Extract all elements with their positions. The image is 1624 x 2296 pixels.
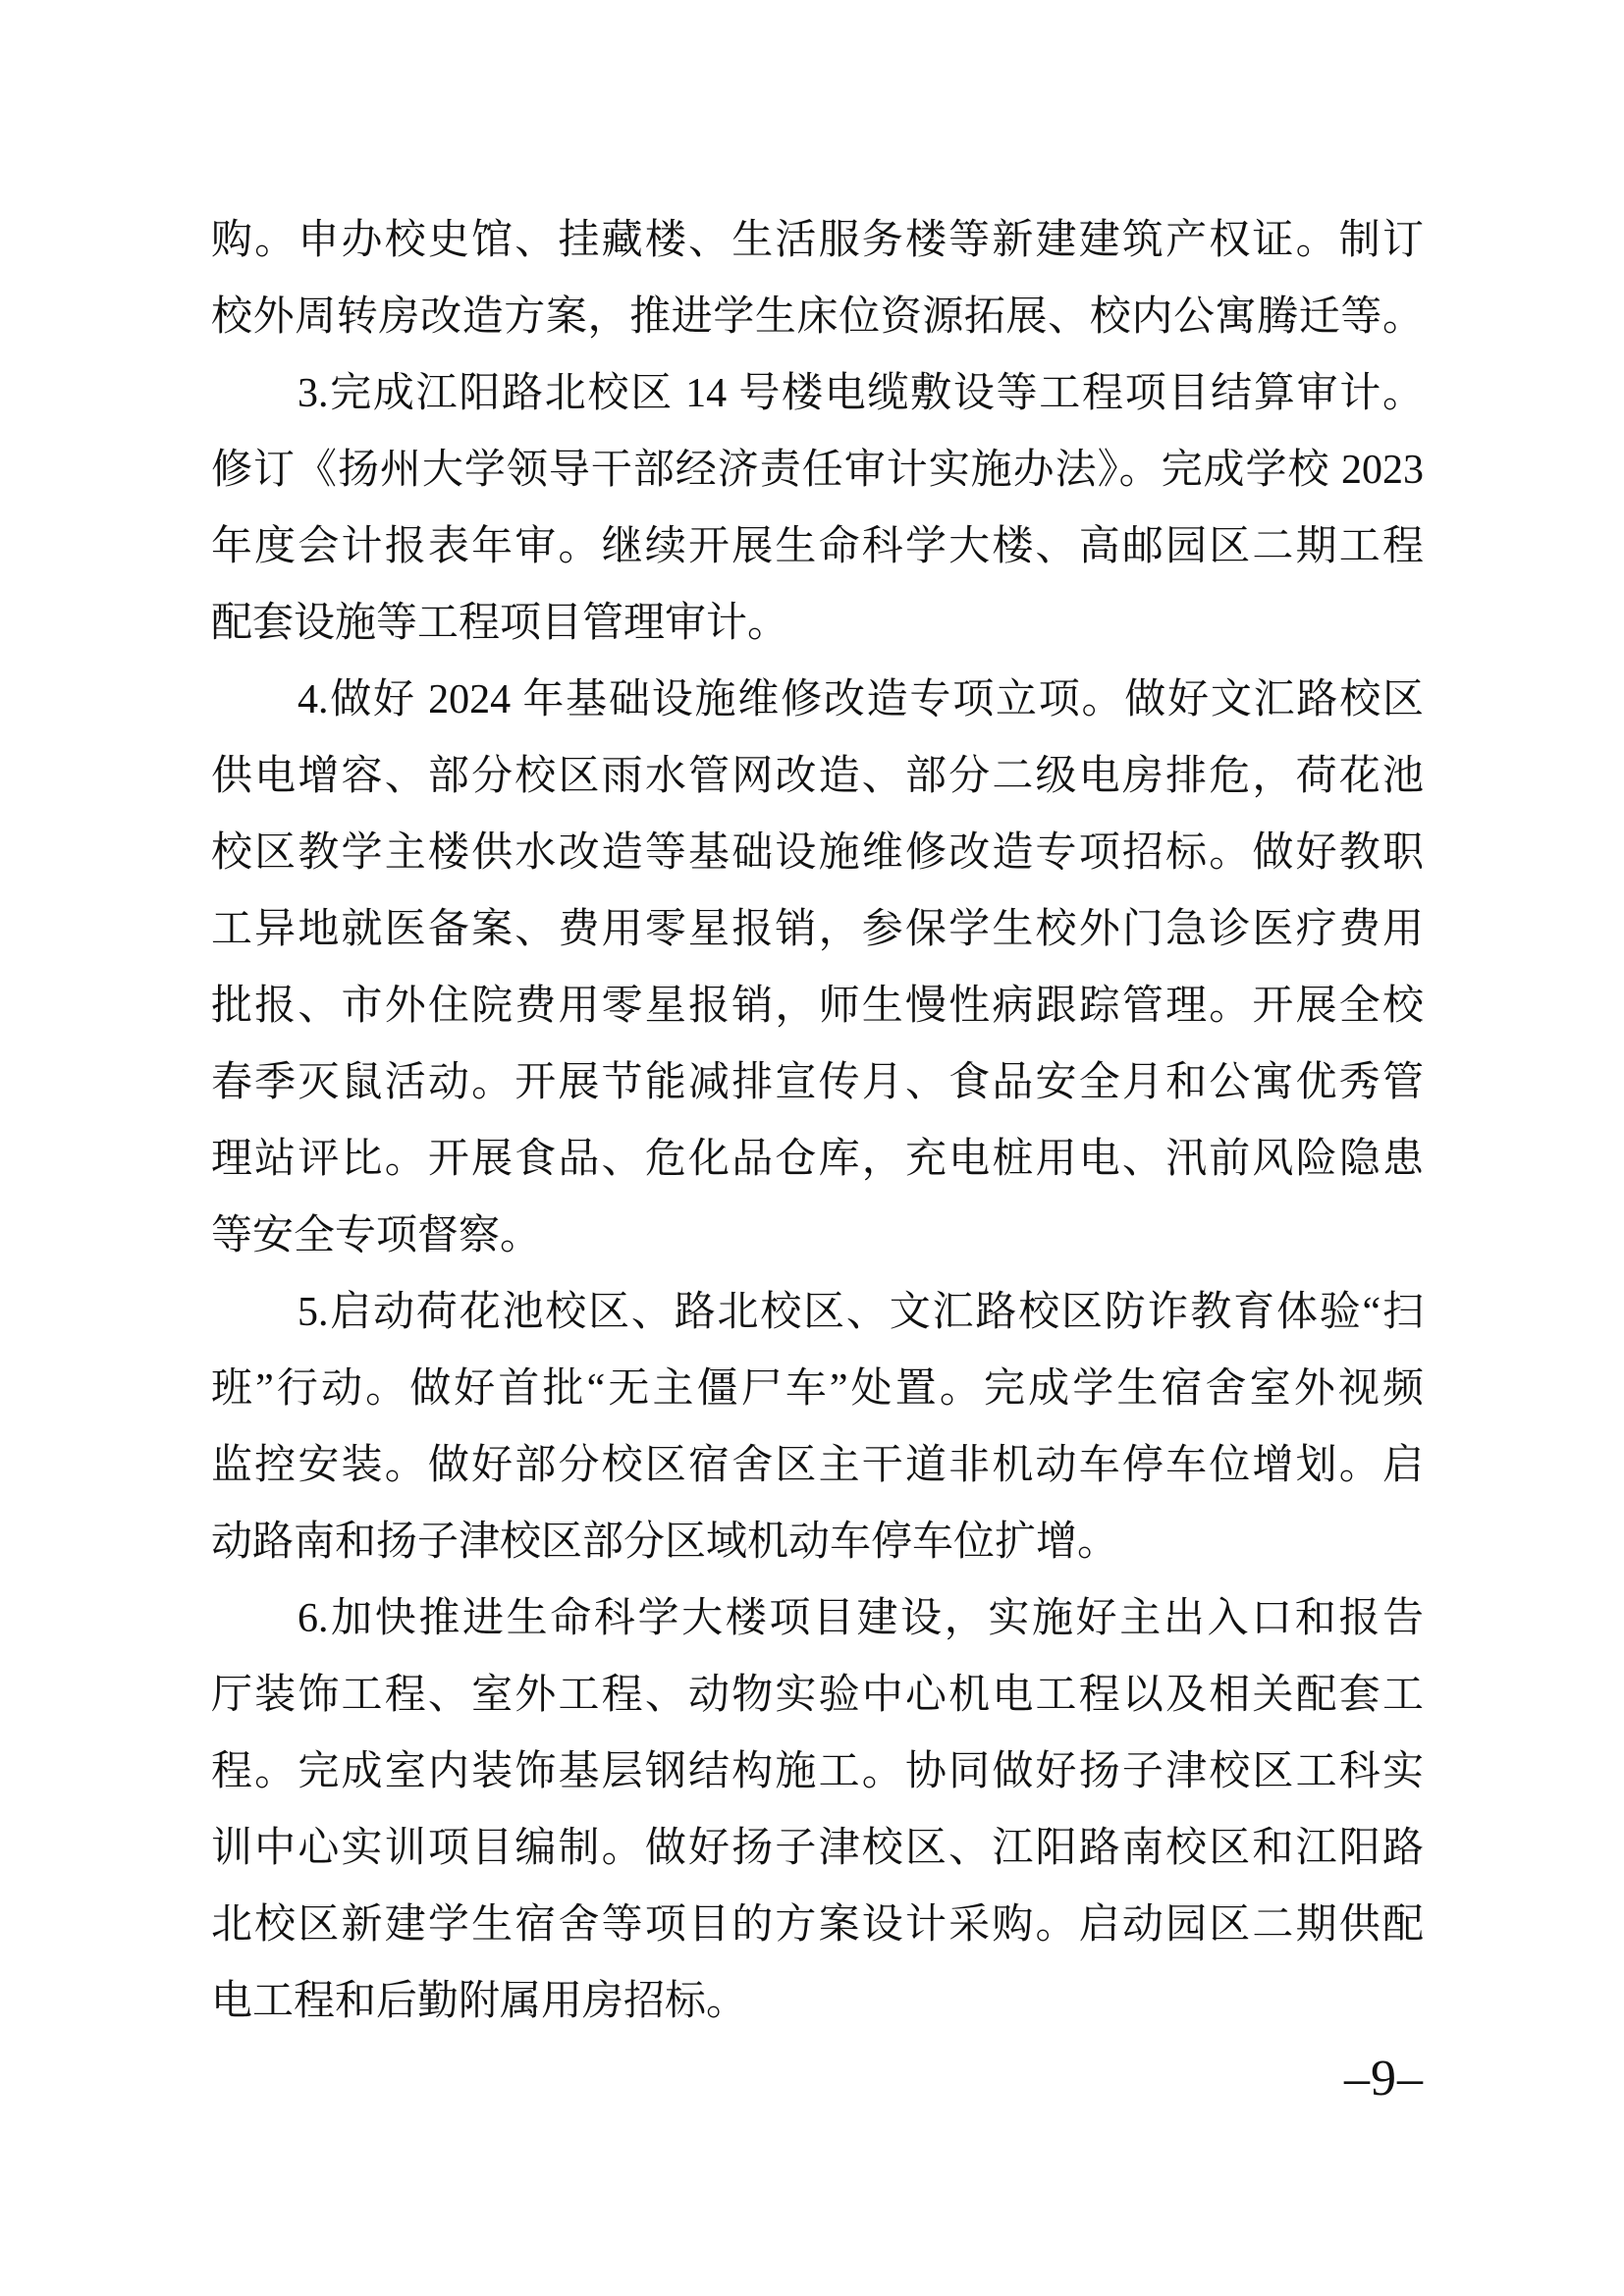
- document-page: 购。申办校史馆、挂藏楼、生活服务楼等新建建筑产权证。制订 校外周转房改造方案，推…: [0, 0, 1624, 2296]
- paragraph: 6.加快推进生命科学大楼项目建设，实施好主出入口和报告 厅装饰工程、室外工程、动…: [211, 1580, 1424, 2040]
- text-line: 3.完成江阳路北校区 14 号楼电缆敷设等工程项目结算审计。: [211, 355, 1424, 432]
- paragraph: 4.做好 2024 年基础设施维修改造专项立项。做好文汇路校区 供电增容、部分校…: [211, 662, 1424, 1274]
- text-line: 动路南和扬子津校区部分区域机动车停车位扩增。: [211, 1504, 1424, 1580]
- text-line: 修订《扬州大学领导干部经济责任审计实施办法》。完成学校 2023: [211, 432, 1424, 508]
- text-line: 理站评比。开展食品、危化品仓库，充电桩用电、汛前风险隐患: [211, 1121, 1424, 1198]
- text-line: 春季灭鼠活动。开展节能减排宣传月、食品安全月和公寓优秀管: [211, 1044, 1424, 1121]
- paragraph: 购。申办校史馆、挂藏楼、生活服务楼等新建建筑产权证。制订 校外周转房改造方案，推…: [211, 202, 1424, 355]
- page-number: –9–: [1344, 2050, 1424, 2109]
- text-line: 程。完成室内装饰基层钢结构施工。协同做好扬子津校区工科实: [211, 1734, 1424, 1810]
- text-line: 校外周转房改造方案，推进学生床位资源拓展、校内公寓腾迁等。: [211, 279, 1424, 355]
- text-line: 配套设施等工程项目管理审计。: [211, 585, 1424, 662]
- paragraph: 5.启动荷花池校区、路北校区、文汇路校区防诈教育体验“扫 班”行动。做好首批“无…: [211, 1274, 1424, 1580]
- text-line: 6.加快推进生命科学大楼项目建设，实施好主出入口和报告: [211, 1580, 1424, 1657]
- text-line: 年度会计报表年审。继续开展生命科学大楼、高邮园区二期工程: [211, 508, 1424, 585]
- paragraph: 3.完成江阳路北校区 14 号楼电缆敷设等工程项目结算审计。 修订《扬州大学领导…: [211, 355, 1424, 662]
- document-text-block: 购。申办校史馆、挂藏楼、生活服务楼等新建建筑产权证。制订 校外周转房改造方案，推…: [211, 202, 1424, 2040]
- text-line: 批报、市外住院费用零星报销，师生慢性病跟踪管理。开展全校: [211, 968, 1424, 1044]
- text-line: 班”行动。做好首批“无主僵尸车”处置。完成学生宿舍室外视频: [211, 1351, 1424, 1427]
- text-line: 工异地就医备案、费用零星报销，参保学生校外门急诊医疗费用: [211, 891, 1424, 968]
- text-line: 厅装饰工程、室外工程、动物实验中心机电工程以及相关配套工: [211, 1657, 1424, 1734]
- text-line: 5.启动荷花池校区、路北校区、文汇路校区防诈教育体验“扫: [211, 1274, 1424, 1351]
- text-line: 校区教学主楼供水改造等基础设施维修改造专项招标。做好教职: [211, 815, 1424, 891]
- text-line: 购。申办校史馆、挂藏楼、生活服务楼等新建建筑产权证。制订: [211, 202, 1424, 279]
- text-line: 电工程和后勤附属用房招标。: [211, 1963, 1424, 2040]
- text-line: 北校区新建学生宿舍等项目的方案设计采购。启动园区二期供配: [211, 1887, 1424, 1963]
- text-line: 训中心实训项目编制。做好扬子津校区、江阳路南校区和江阳路: [211, 1810, 1424, 1887]
- text-line: 监控安装。做好部分校区宿舍区主干道非机动车停车位增划。启: [211, 1427, 1424, 1504]
- text-line: 4.做好 2024 年基础设施维修改造专项立项。做好文汇路校区: [211, 662, 1424, 738]
- text-line: 等安全专项督察。: [211, 1198, 1424, 1274]
- text-line: 供电增容、部分校区雨水管网改造、部分二级电房排危，荷花池: [211, 738, 1424, 815]
